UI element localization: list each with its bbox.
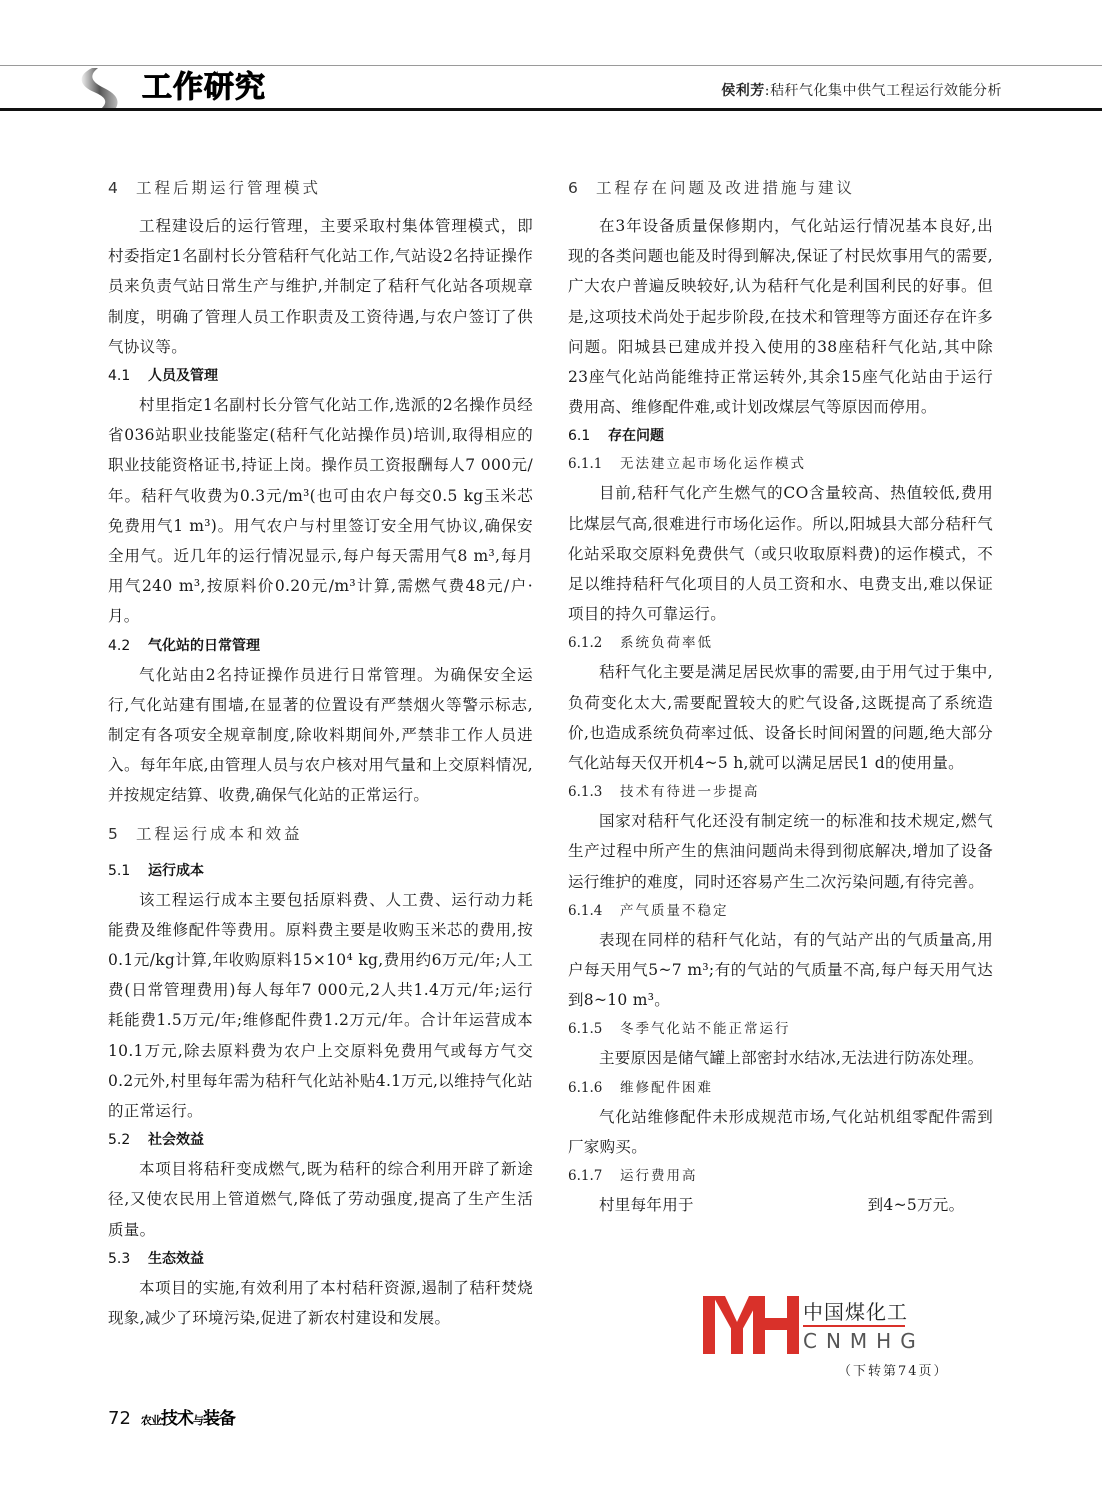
heading-section-6-1-1: 6.1.1无法建立起市场化运作模式: [568, 450, 993, 478]
heading-number: 5: [108, 821, 136, 847]
journal-logo: 农业技术与装备: [141, 1404, 235, 1429]
watermark-cnmhg: 中国煤化工 CNMHG: [703, 1296, 948, 1354]
paragraph: 该工程运行成本主要包括原料费、人工费、运行动力耗能费及维修配件等费用。原料费主要…: [108, 885, 533, 1127]
heading-number: 6.1.7: [568, 1162, 620, 1190]
heading-section-6-1-5: 6.1.5冬季气化站不能正常运行: [568, 1015, 993, 1043]
heading-section-4: 4工程后期运行管理模式: [108, 175, 533, 201]
heading-section-5: 5工程运行成本和效益: [108, 821, 533, 847]
heading-section-4-2: 4.2气化站的日常管理: [108, 632, 533, 660]
heading-text: 存在问题: [608, 428, 664, 444]
paragraph: 本项目的实施,有效利用了本村秸秆资源,遏制了秸秆焚烧现象,减少了环境污染,促进了…: [108, 1273, 533, 1333]
heading-text: 工程存在问题及改进措施与建议: [596, 179, 855, 197]
heading-text: 技术有待进一步提高: [620, 784, 760, 800]
running-head: 侯利芳:秸秆气化集中供气工程运行效能分析: [721, 80, 1002, 100]
journal-logo-part: 技术: [161, 1409, 193, 1429]
heading-section-5-3: 5.3生态效益: [108, 1245, 533, 1273]
heading-text: 运行成本: [148, 863, 204, 879]
heading-section-6-1-3: 6.1.3技术有待进一步提高: [568, 778, 993, 806]
heading-text: 无法建立起市场化运作模式: [620, 456, 806, 472]
heading-number: 6: [568, 175, 596, 201]
paragraph: 国家对秸秆气化还没有制定统一的标准和技术规定,燃气生产过程中所产生的焦油问题尚未…: [568, 806, 993, 897]
heading-section-6: 6工程存在问题及改进措施与建议: [568, 175, 993, 201]
section-title: 工作研究: [142, 70, 266, 106]
heading-number: 4.2: [108, 632, 148, 660]
heading-number: 5.3: [108, 1245, 148, 1273]
paragraph: 村里每年用于 到4~5万元。: [568, 1190, 993, 1220]
header-top-rule: [0, 65, 1102, 66]
heading-number: 4.1: [108, 362, 148, 390]
mh-logo-icon: [703, 1296, 799, 1354]
heading-text: 产气质量不稳定: [620, 903, 729, 919]
heading-section-6-1-7: 6.1.7运行费用高: [568, 1162, 993, 1190]
heading-text: 冬季气化站不能正常运行: [620, 1021, 791, 1037]
heading-text: 系统负荷率低: [620, 635, 713, 651]
right-column: 6工程存在问题及改进措施与建议 在3年设备质量保修期内，气化站运行情况基本良好,…: [568, 175, 993, 1220]
paragraph: 气化站由2名持证操作员进行日常管理。为确保安全运行,气化站建有围墙,在显著的位置…: [108, 660, 533, 811]
paragraph: 村里指定1名副村长分管气化站工作,选派的2名操作员经省036站职业技能鉴定(秸秆…: [108, 390, 533, 632]
heading-section-6-1-2: 6.1.2系统负荷率低: [568, 629, 993, 657]
heading-number: 6.1.4: [568, 897, 620, 925]
heading-section-6-1-4: 6.1.4产气质量不稳定: [568, 897, 993, 925]
heading-text: 社会效益: [148, 1132, 204, 1148]
heading-number: 5.1: [108, 857, 148, 885]
heading-section-4-1: 4.1人员及管理: [108, 362, 533, 390]
heading-section-5-2: 5.2社会效益: [108, 1126, 533, 1154]
heading-text: 人员及管理: [148, 368, 218, 384]
heading-text: 气化站的日常管理: [148, 638, 260, 654]
paragraph: 主要原因是储气罐上部密封水结冰,无法进行防冻处理。: [568, 1043, 993, 1073]
heading-text: 维修配件困难: [620, 1080, 713, 1096]
journal-logo-part: 装备: [203, 1409, 235, 1429]
heading-text: 运行费用高: [620, 1168, 698, 1184]
paragraph: 在3年设备质量保修期内，气化站运行情况基本良好,出现的各类问题也能及时得到解决,…: [568, 211, 993, 422]
heading-number: 4: [108, 175, 136, 201]
watermark-en-text: CNMHG: [803, 1329, 925, 1353]
running-head-author: 侯利芳: [721, 83, 765, 99]
running-head-title: 秸秆气化集中供气工程运行效能分析: [770, 83, 1002, 99]
heading-number: 6.1.3: [568, 778, 620, 806]
paragraph: 气化站维修配件未形成规范市场,气化站机组零配件需到厂家购买。: [568, 1102, 993, 1162]
heading-section-6-1: 6.1存在问题: [568, 422, 993, 450]
heading-section-5-1: 5.1运行成本: [108, 857, 533, 885]
heading-text: 工程运行成本和效益: [136, 825, 303, 843]
header-bottom-rule: [0, 108, 1102, 111]
heading-number: 5.2: [108, 1126, 148, 1154]
left-column: 4工程后期运行管理模式 工程建设后的运行管理，主要采取村集体管理模式，即村委指定…: [108, 175, 533, 1333]
page-footer: 72 农业技术与装备: [108, 1404, 235, 1429]
heading-text: 生态效益: [148, 1251, 204, 1267]
heading-section-6-1-6: 6.1.6维修配件困难: [568, 1074, 993, 1102]
paragraph: 秸秆气化主要是满足居民炊事的需要,由于用气过于集中,负荷变化太大,需要配置较大的…: [568, 657, 993, 778]
swoosh-logo-icon: [72, 66, 122, 108]
continued-on-page-note: （下转第74页）: [838, 1360, 949, 1379]
journal-logo-part: 农业: [141, 1414, 161, 1427]
heading-number: 6.1: [568, 422, 608, 450]
heading-number: 6.1.5: [568, 1015, 620, 1043]
journal-logo-part: 与: [193, 1414, 203, 1427]
watermark-rule: [803, 1325, 905, 1327]
heading-text: 工程后期运行管理模式: [136, 179, 321, 197]
paragraph: 目前,秸秆气化产生燃气的CO含量较高、热值较低,费用比煤层气高,很难进行市场化运…: [568, 478, 993, 629]
page-number: 72: [108, 1408, 131, 1429]
heading-number: 6.1.2: [568, 629, 620, 657]
watermark-cn-text: 中国煤化工: [803, 1296, 908, 1325]
heading-number: 6.1.6: [568, 1074, 620, 1102]
paragraph: 工程建设后的运行管理，主要采取村集体管理模式，即村委指定1名副村长分管秸秆气化站…: [108, 211, 533, 362]
heading-number: 6.1.1: [568, 450, 620, 478]
paragraph: 表现在同样的秸秆气化站，有的气站产出的气质量高,用户每天用气5~7 m³;有的气…: [568, 925, 993, 1016]
paragraph: 本项目将秸秆变成燃气,既为秸秆的综合利用开辟了新途径,又使农民用上管道燃气,降低…: [108, 1154, 533, 1245]
